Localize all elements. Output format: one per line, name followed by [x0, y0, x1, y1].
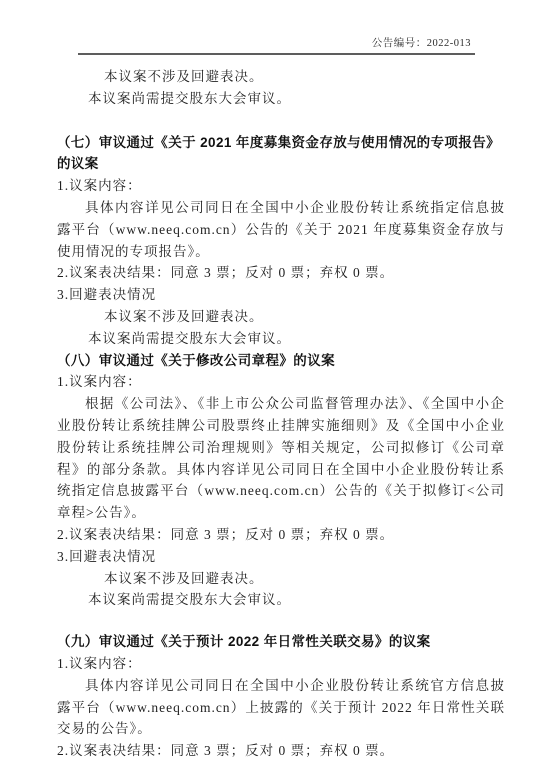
section-9-heading: （九）审议通过《关于预计 2022 年日常性关联交易》的议案	[57, 631, 505, 653]
section-7-heading: （七）审议通过《关于 2021 年度募集资金存放与使用情况的专项报告》的议案	[57, 132, 505, 176]
section-7-content-text: 具体内容详见公司同日在全国中小企业股份转让系统指定信息披露平台（www.neeq…	[57, 197, 505, 262]
section-8-recusal-statement: 本议案不涉及回避表决。	[57, 568, 505, 590]
section-9-vote-result: 2.议案表决结果：同意 3 票；反对 0 票；弃权 0 票。	[57, 740, 505, 762]
page-header: 公告编号：2022-013	[0, 0, 545, 55]
section-7-vote-result: 2.议案表决结果：同意 3 票；反对 0 票；弃权 0 票。	[57, 262, 505, 284]
section-9-content-text: 具体内容详见公司同日在全国中小企业股份转让系统官方信息披露平台（www.neeq…	[57, 675, 505, 740]
section-7-recusal-label: 3.回避表决情况	[57, 284, 505, 306]
document-body: 本议案不涉及回避表决。 本议案尚需提交股东大会审议。 （七）审议通过《关于 20…	[57, 66, 505, 762]
section-8-heading: （八）审议通过《关于修改公司章程》的议案	[57, 350, 505, 372]
section-8-vote-result: 2.议案表决结果：同意 3 票；反对 0 票；弃权 0 票。	[57, 524, 505, 546]
section-8-recusal-label: 3.回避表决情况	[57, 546, 505, 568]
section-7-recusal-statement: 本议案不涉及回避表决。	[57, 306, 505, 328]
document-page: 公告编号：2022-013 本议案不涉及回避表决。 本议案尚需提交股东大会审议。…	[0, 0, 545, 771]
recusal-statement: 本议案不涉及回避表决。	[57, 66, 505, 88]
section-9-content-label: 1.议案内容：	[57, 653, 505, 675]
section-8-shareholder-meeting-statement: 本议案尚需提交股东大会审议。	[57, 589, 505, 611]
section-7-shareholder-meeting-statement: 本议案尚需提交股东大会审议。	[57, 328, 505, 350]
announcement-number: 公告编号：2022-013	[0, 37, 545, 50]
section-8-content-label: 1.议案内容：	[57, 371, 505, 393]
section-8-content-text: 根据《公司法》、《非上市公众公司监督管理办法》、《全国中小企业股份转让系统挂牌公…	[57, 393, 505, 524]
header-divider	[78, 53, 475, 55]
shareholder-meeting-statement: 本议案尚需提交股东大会审议。	[57, 88, 505, 110]
section-7-content-label: 1.议案内容：	[57, 175, 505, 197]
